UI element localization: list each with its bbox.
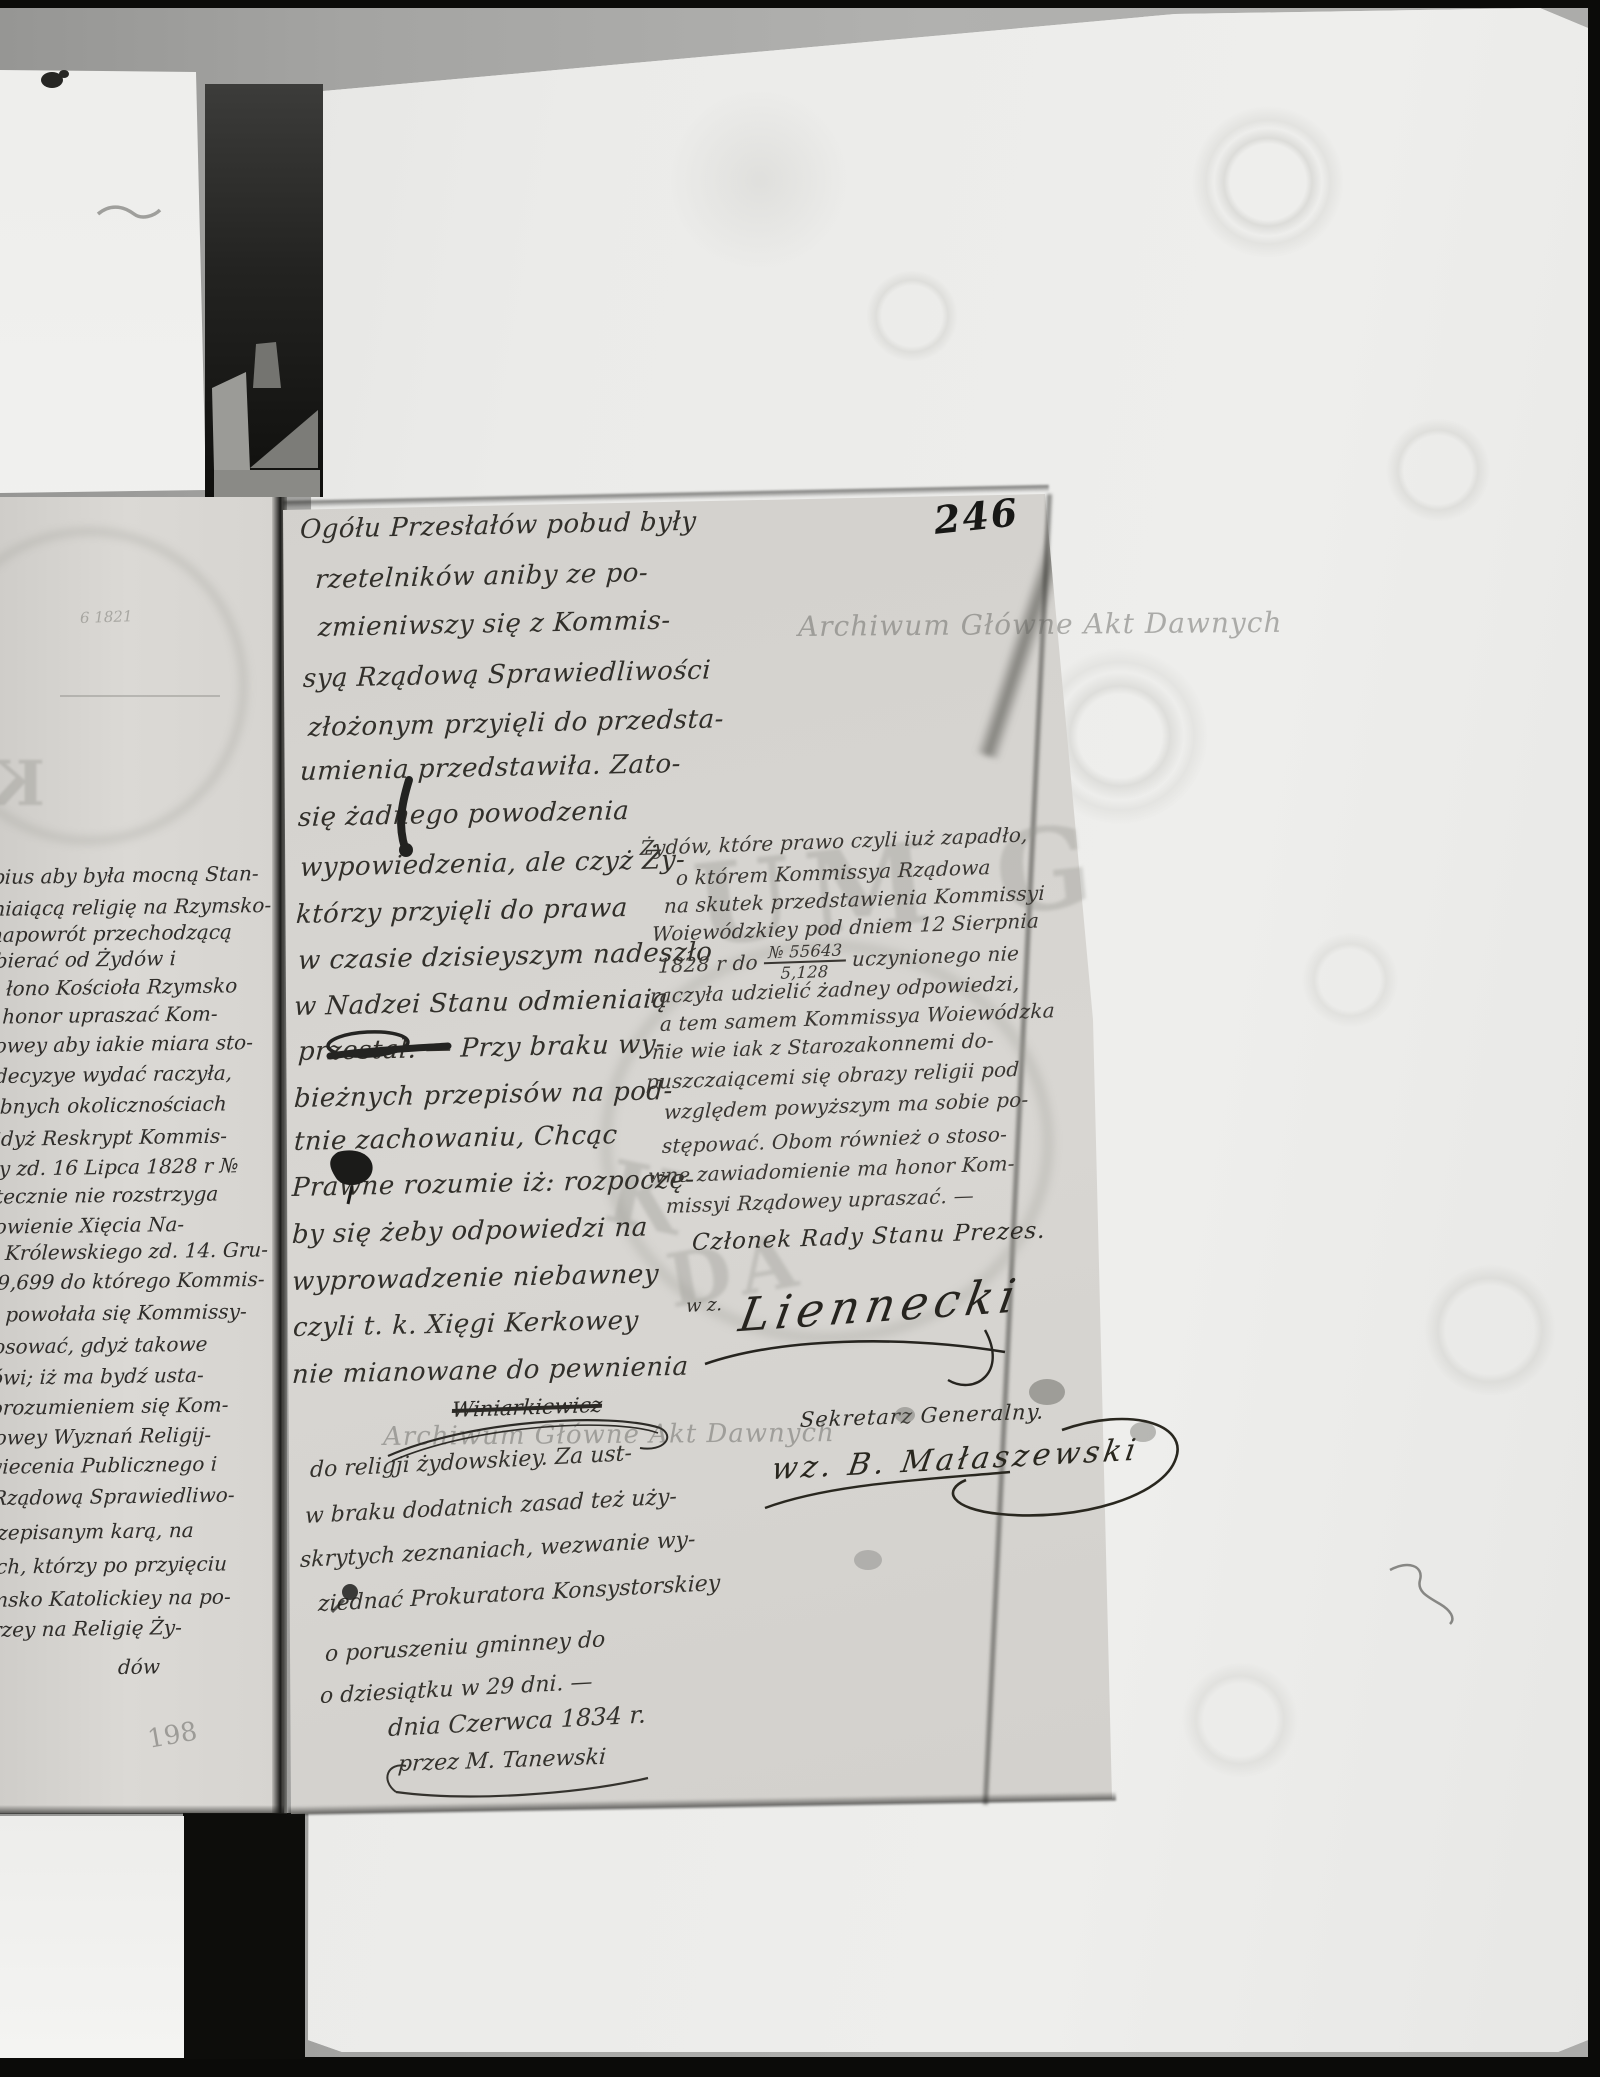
- handwritten-line: świecenia Publicznego i: [0, 1452, 218, 1479]
- handwritten-line: wrzey na Religię Ży-: [0, 1615, 182, 1642]
- handwritten-line: na łono Kościoła Rzymsko: [0, 973, 238, 1001]
- handwritten-line: przepisanym karą, na: [0, 1518, 194, 1545]
- handwritten-line: dobnych okolicznościach: [0, 1091, 227, 1119]
- pencil-folio-note: 198: [145, 1717, 199, 1755]
- handwritten-line: Królewskiego zd. 14. Gru-: [5, 1237, 269, 1265]
- handwritten-line: odbierać od Żydów i: [0, 946, 176, 973]
- handwritten-line: ądowey aby iakie miara sto-: [0, 1030, 253, 1058]
- binding-gap-top: [205, 84, 323, 497]
- faint-note: 6 1821: [80, 607, 133, 627]
- handwritten-line: Gdyż Reskrypt Kommis-: [0, 1124, 228, 1151]
- reference-numerator: № 55643: [764, 941, 847, 964]
- handwritten-line: napowrót przechodzącą: [0, 920, 232, 947]
- faint-rule: [60, 695, 220, 697]
- left-page-fragment: 6 1821 KO WOJEWÓ pius aby była mocną Sta…: [0, 497, 283, 1813]
- archival-photo-scan: 6 1821 KO WOJEWÓ pius aby była mocną Sta…: [0, 0, 1600, 2077]
- handwritten-line: imiaiącą religię na Rzymsko-: [0, 893, 272, 921]
- handwritten-line: wa powołała się Kommissy-: [0, 1299, 247, 1327]
- line-prefix: 1828 r do: [658, 950, 759, 978]
- handwritten-line: № 9,699 do którego Kommis-: [0, 1267, 265, 1295]
- handwritten-line: dów: [118, 1654, 161, 1679]
- handwritten-line: nych, którzy po przyięciu: [0, 1551, 227, 1579]
- handwritten-line: anowienie Xięcia Na-: [0, 1212, 185, 1239]
- handwritten-line: wey zd. 16 Lipca 1828 r №: [0, 1153, 239, 1181]
- handwritten-line: pius aby była mocną Stan-: [0, 861, 259, 889]
- handwritten-line: mówi; iż ma bydź usta-: [0, 1363, 204, 1390]
- left-page-bottom-edge: [0, 1805, 284, 1814]
- binding-gap-bottom: [183, 1813, 305, 2059]
- showthrough-letters-ko: KO: [0, 747, 45, 820]
- handwritten-line: stosować, gdyż takowe: [0, 1332, 208, 1359]
- handwritten-line: ądowey Wyznań Religij-: [0, 1423, 212, 1450]
- archive-watermark: Archiwum Główne Akt Dawnych: [798, 606, 1283, 643]
- bottom-left-sheet: [0, 1816, 184, 2058]
- handwritten-line: Rządową Sprawiedliwo-: [0, 1483, 235, 1510]
- folio-page-number: 246: [932, 489, 1022, 543]
- handwritten-line: statecznie nie rozstrzyga: [0, 1181, 219, 1209]
- line-suffix: uczynionego nie: [852, 941, 1020, 971]
- handwritten-line: porozumieniem się Kom-: [0, 1392, 229, 1420]
- handwritten-line: ymsko Katolickiey na po-: [0, 1584, 231, 1612]
- wz-abbreviation: w z.: [685, 1294, 722, 1317]
- handwritten-line: decyzye wydać raczyła,: [0, 1061, 233, 1088]
- handwritten-line: ma honor upraszać Kom-: [0, 1001, 218, 1029]
- film-edge-strip: [1588, 0, 1600, 2077]
